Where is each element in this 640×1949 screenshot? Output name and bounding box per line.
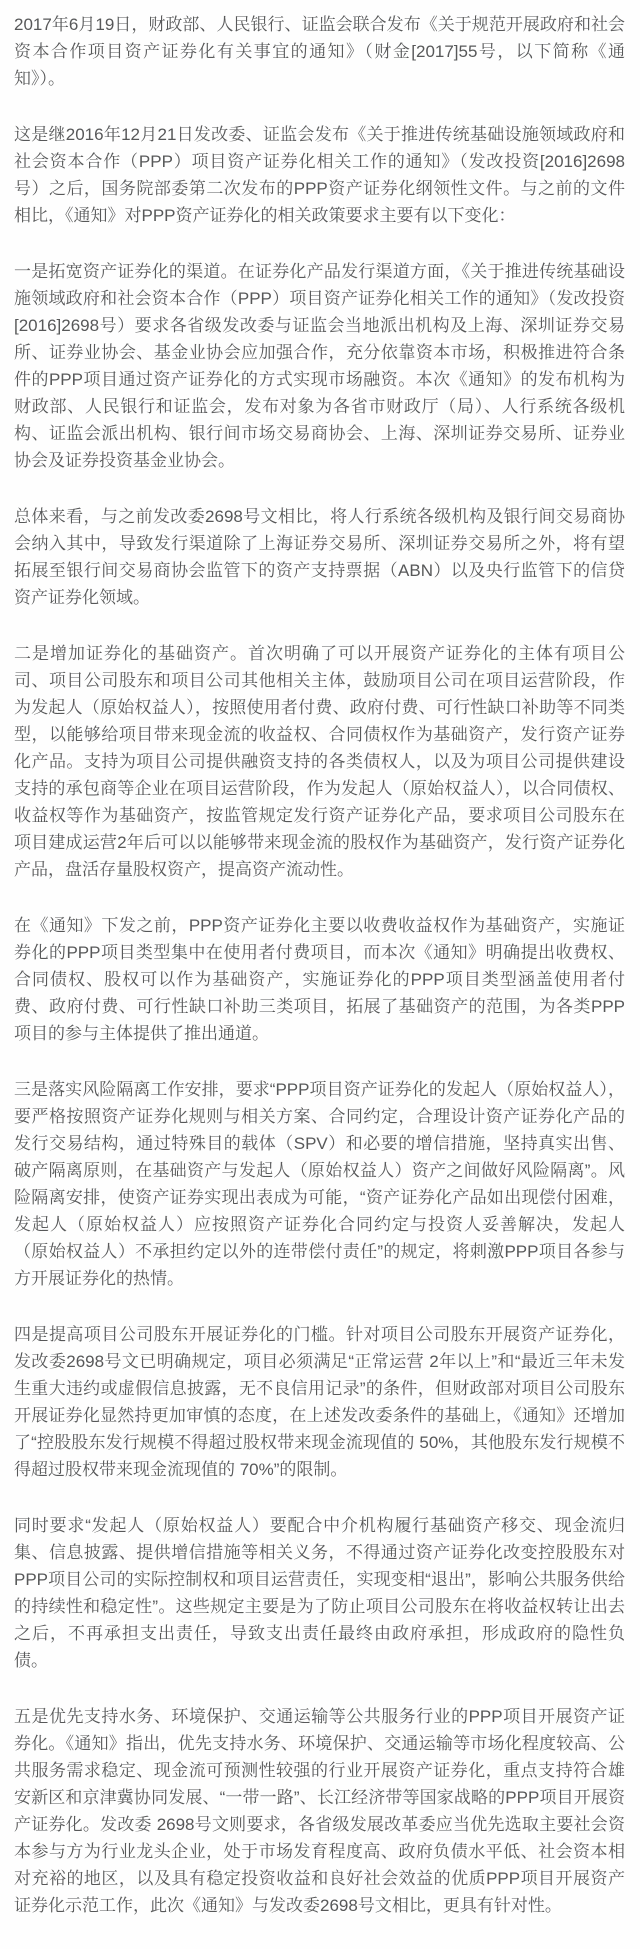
paragraph-point-1-summary: 总体来看，与之前发改委2698号文相比，将人行系统各级机构及银行间交易商协会纳入… — [14, 503, 625, 611]
paragraph-point-4-threshold: 四是提高项目公司股东开展证券化的门槛。针对项目公司股东开展资产证券化，发改委26… — [14, 1321, 625, 1483]
paragraph-point-2-comparison: 在《通知》下发之前，PPP资产证券化主要以收费收益权作为基础资产，实施证券化的P… — [14, 912, 625, 1047]
paragraph-point-1-channels: 一是拓宽资产证券化的渠道。在证券化产品发行渠道方面，《关于推进传统基础设施领域政… — [14, 258, 625, 474]
paragraph-point-5-priority-sectors: 五是优先支持水务、环境保护、交通运输等公共服务行业的PPP项目开展资产证券化。《… — [14, 1703, 625, 1919]
paragraph-background: 这是继2016年12月21日发改委、证监会发布《关于推进传统基础设施领域政府和社… — [14, 121, 625, 229]
paragraph-intro: 2017年6月19日，财政部、人民银行、证监会联合发布《关于规范开展政府和社会资… — [14, 11, 625, 92]
article-page: 2017年6月19日，财政部、人民银行、证监会联合发布《关于规范开展政府和社会资… — [0, 0, 640, 1949]
paragraph-point-4-obligations: 同时要求“发起人（原始权益人）要配合中介机构履行基础资产移交、现金流归集、信息披… — [14, 1512, 625, 1674]
article-body: 2017年6月19日，财政部、人民银行、证监会联合发布《关于规范开展政府和社会资… — [0, 0, 640, 1949]
paragraph-point-2-assets: 二是增加证券化的基础资产。首次明确了可以开展资产证券化的主体有项目公司、项目公司… — [14, 640, 625, 883]
paragraph-point-3-risk-isolation: 三是落实风险隔离工作安排，要求“PPP项目资产证券化的发起人（原始权益人），要严… — [14, 1076, 625, 1292]
